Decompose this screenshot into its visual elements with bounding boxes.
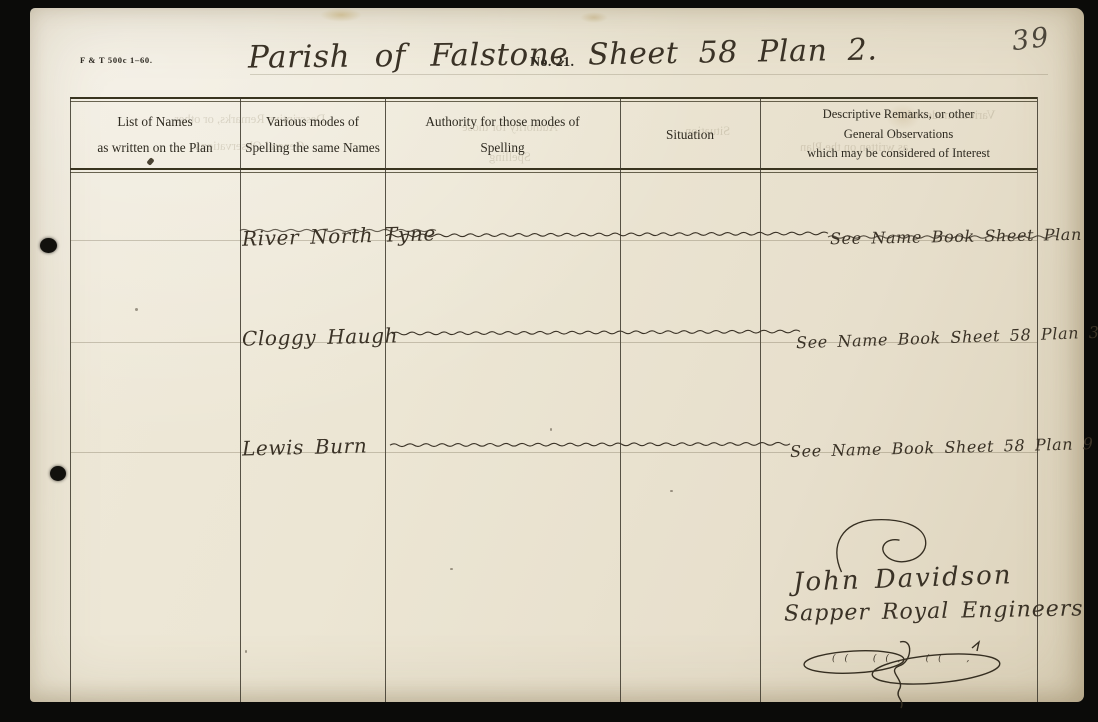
- page-number: 39: [1010, 22, 1052, 57]
- column-header-line: List of Names: [117, 109, 192, 135]
- speck: [550, 428, 552, 431]
- header-bottom-rule: [70, 168, 1037, 170]
- paper-stain: [320, 8, 362, 22]
- entry-squiggle: [390, 439, 790, 449]
- entry-remarks-script: See Name Book Sheet 58 Plan 3: [796, 323, 1098, 353]
- punch-hole: [40, 238, 57, 253]
- column-divider: [760, 97, 761, 702]
- speck: [135, 308, 138, 311]
- column-header-line: Situation: [666, 122, 714, 148]
- column-header-line: which may be considered of Interest: [807, 144, 990, 164]
- paraph-ditto-marks: (( ((, (( ,: [832, 654, 978, 664]
- entry-name-script: Lewis Burn: [242, 433, 368, 460]
- signature-paraph: [802, 642, 1007, 702]
- column-header-line: Authority for those modes of: [425, 109, 579, 135]
- surveyor-rank-script: Sapper Royal Engineers: [784, 596, 1084, 626]
- column-header-line: Various modes of: [266, 109, 359, 135]
- entry-squiggle: [828, 233, 1058, 241]
- column-header-situation: Situation: [620, 101, 760, 168]
- header-parish-script: Parish of Falstone: [248, 36, 569, 75]
- punch-hole: [50, 466, 66, 481]
- header-rule: [250, 74, 1048, 75]
- column-divider: [385, 97, 386, 702]
- header-bottom-rule: [70, 172, 1037, 173]
- printer-stamp: F & T 500c 1–60.: [80, 55, 153, 65]
- column-header-line: Descriptive Remarks, or other: [823, 105, 975, 125]
- column-header-remarks: Descriptive Remarks, or other General Ob…: [760, 101, 1037, 168]
- column-divider: [240, 97, 241, 702]
- entry-remarks-script: See Name Book Sheet 58 Plan 9: [790, 434, 1094, 461]
- header-number-label: No. 21.: [530, 55, 574, 71]
- surveyor-signature-script: John Davidson: [793, 560, 1013, 598]
- column-header-line: Spelling the same Names: [245, 135, 380, 161]
- column-header-authority: Authority for those modes of Spelling: [385, 101, 620, 168]
- column-divider: [620, 97, 621, 702]
- speck: [670, 490, 673, 492]
- table-border-left: [70, 97, 71, 702]
- column-header-line: General Observations: [844, 125, 953, 145]
- column-header-names: List of Names as written on the Plan: [70, 101, 240, 168]
- column-header-line: as written on the Plan: [97, 135, 212, 161]
- column-header-spelling-modes: Various modes of Spelling the same Names: [240, 101, 385, 168]
- entry-squiggle: [386, 229, 828, 240]
- document-page: F & T 500c 1–60. 39 Parish of Falstone N…: [30, 8, 1084, 702]
- table-top-rule: [70, 97, 1037, 99]
- paper-stain: [580, 12, 608, 23]
- entry-squiggle: [392, 327, 800, 338]
- header-sheet-plan-script: Sheet 58 Plan 2.: [588, 32, 878, 72]
- speck: [245, 650, 247, 653]
- entry-name-script: Cloggy Haugh: [242, 323, 399, 350]
- speck: [450, 568, 453, 570]
- column-header-line: Spelling: [480, 135, 524, 161]
